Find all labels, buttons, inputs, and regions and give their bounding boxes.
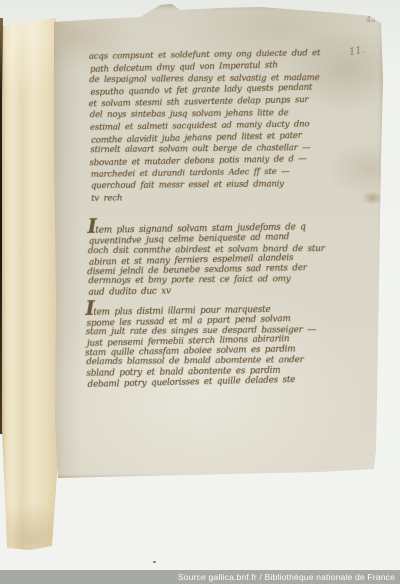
- dust-speck: [153, 561, 156, 563]
- manuscript-line: querchoud fait messr essel et eiusd dman…: [91, 179, 327, 193]
- manuscript-line: del noys sintebas jusq solvam jehans lit…: [90, 108, 326, 122]
- corner-annotation: 42: [366, 15, 377, 25]
- manuscript-paragraph-1: acqs compsunt et soldefunt omy ong duiec…: [89, 48, 327, 205]
- source-banner: Source gallica.bnf.fr / Bibliothèque nat…: [0, 570, 400, 584]
- source-banner-text: Source gallica.bnf.fr / Bibliothèque nat…: [0, 570, 400, 584]
- manuscript-scan: 42 11. acqs compsunt et soldefunt omy on…: [0, 0, 400, 584]
- manuscript-page: 42 11. acqs compsunt et soldefunt omy on…: [50, 2, 386, 480]
- manuscript-paragraph-2: Item plus signand solvam stam jusdefoms …: [87, 220, 326, 298]
- manuscript-paragraph-3: Item plus distmi illarmi pour marquestes…: [85, 302, 326, 389]
- folio-number: 11.: [348, 45, 365, 58]
